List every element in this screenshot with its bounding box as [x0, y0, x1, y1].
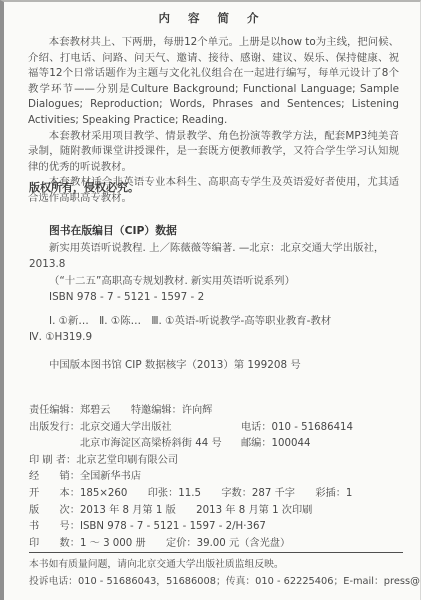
colophon-row-printer: 印 刷 者：北京艺堂印刷有限公司 [29, 453, 402, 470]
row-label: 经 销： [29, 471, 80, 482]
colophon-row-publisher: 出版发行：北京交通大学出版社 电话：010 - 51686414 [29, 420, 402, 437]
cip-heading: 图书在版编目（CIP）数据 [29, 223, 400, 240]
row-value: 北京艺堂印刷有限公司 [76, 455, 178, 466]
row-label: 开 本： [29, 488, 80, 499]
row-value: 2013 年 8 月第 1 版 2013 年 8 月第 1 次印刷 [80, 505, 312, 516]
row-value: 北京市海淀区高梁桥斜街 44 号 [80, 438, 222, 449]
cip-record-line-1: 新实用英语听说教程. 上／陈薇薇等编著. —北京：北京交通大学出版社， [29, 240, 400, 257]
row-label: 印 刷 者： [29, 455, 76, 466]
row-value: 郑碧云 特邀编辑：许向辉 [80, 405, 212, 416]
colophon-row-book-number: 书 号：ISBN 978 - 7 - 5121 - 1597 - 2/H·367 [29, 519, 402, 536]
row-label: 印 数： [29, 538, 80, 549]
row-label: 出版发行： [29, 422, 80, 433]
colophon-row-edition: 版 次：2013 年 8 月第 1 版 2013 年 8 月第 1 次印刷 [29, 503, 402, 520]
copyright-notice: 版权所有，侵权必究。 [29, 179, 139, 195]
content-summary-title: 内 容 简 介 [4, 10, 420, 26]
row-value: ISBN 978 - 7 - 5121 - 1597 - 2/H·367 [80, 521, 266, 532]
footer-divider-rule [29, 552, 403, 553]
row-value: 北京交通大学出版社 [80, 422, 172, 433]
row-value: 全国新华书店 [80, 471, 141, 482]
row-value: 185×260 印张：11.5 字数：287 千字 彩插：1 [80, 488, 352, 499]
colophon-row-format: 开 本：185×260 印张：11.5 字数：287 千字 彩插：1 [29, 486, 402, 503]
intro-paragraph-1: 本套教材共上、下两册，每册12个单元。上册是以how to为主线，把问候、介绍、… [28, 35, 399, 129]
colophon-row-editors: 责任编辑：郑碧云 特邀编辑：许向辉 [29, 403, 402, 420]
complaint-contact-line: 投诉电话：010 - 51686043，51686008；传真：010 - 62… [29, 574, 404, 591]
row-label: 责任编辑： [29, 405, 80, 416]
cip-classification-1: Ⅰ. ①新… Ⅱ. ①陈… Ⅲ. ①英语-听说教学-高等职业教育-教材 [29, 313, 400, 330]
book-copyright-page: 内 容 简 介 本套教材共上、下两册，每册12个单元。上册是以how to为主线… [0, 0, 421, 600]
quality-notice-line: 本书如有质量问题，请向北京交通大学出版社质监组反映。 [29, 557, 404, 574]
colophon-row-distributor: 经 销：全国新华书店 [29, 469, 402, 486]
row-label [29, 438, 80, 449]
row-label: 版 次： [29, 505, 80, 516]
quality-notice-footer: 本书如有质量问题，请向北京交通大学出版社质监组反映。 投诉电话：010 - 51… [29, 557, 404, 590]
colophon-block: 责任编辑：郑碧云 特邀编辑：许向辉 出版发行：北京交通大学出版社 电话：010 … [29, 403, 402, 552]
cip-registry-number: 中国版本图书馆 CIP 数据核字（2013）第 199208 号 [29, 357, 400, 374]
cip-classification-2: Ⅳ. ①H319.9 [29, 329, 400, 346]
row-value: 1 ～ 3 000 册 定价：39.00 元（含光盘） [80, 538, 290, 549]
cip-data-block: 图书在版编目（CIP）数据 新实用英语听说教程. 上／陈薇薇等编著. —北京：北… [29, 223, 400, 373]
cip-record-line-2: 2013.8 [29, 256, 400, 273]
intro-paragraph-2: 本套教材采用项目教学、情景教学、角色扮演等教学方法，配套MP3纯美音录制，随附教… [28, 129, 399, 176]
cip-isbn: ISBN 978 - 7 - 5121 - 1597 - 2 [29, 289, 400, 306]
colophon-row-address: 北京市海淀区高梁桥斜街 44 号 邮编：100044 [29, 436, 402, 453]
publisher-phone: 电话：010 - 51686414 [241, 420, 353, 437]
publisher-postcode: 邮编：100044 [241, 436, 310, 453]
row-label: 书 号： [29, 521, 80, 532]
colophon-row-print-run-price: 印 数：1 ～ 3 000 册 定价：39.00 元（含光盘） [29, 536, 402, 553]
cip-series-note: （“十二五”高职高专规划教材. 新实用英语听说系列） [29, 273, 400, 290]
